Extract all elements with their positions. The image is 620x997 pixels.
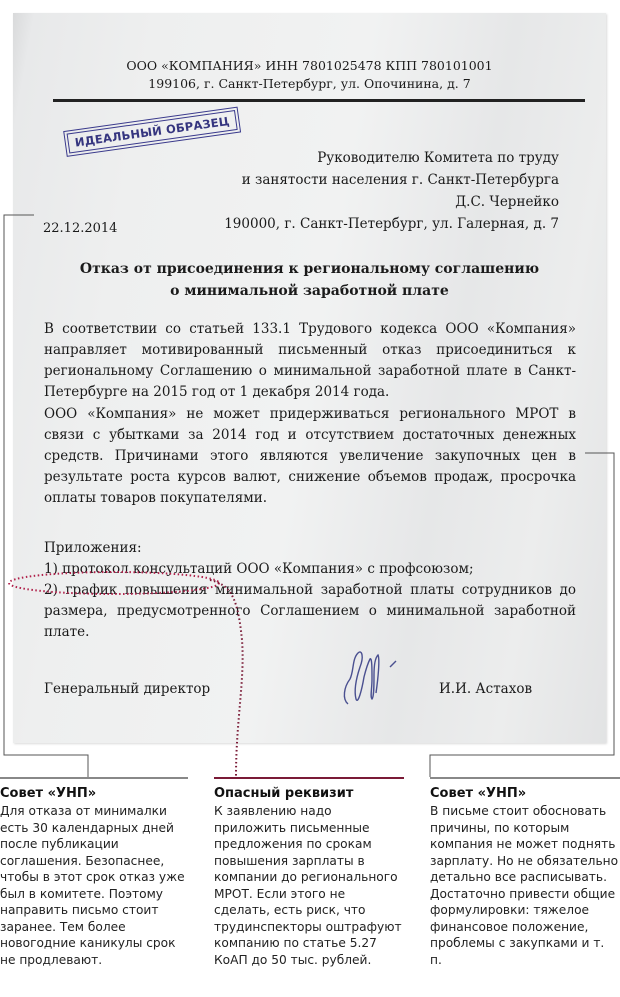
- stamp-text: ИДЕАЛЬНЫЙ ОБРАЗЕЦ: [67, 110, 238, 153]
- callout-text: К заявлению надо приложить письменные пр…: [214, 803, 404, 968]
- callout-dangerous-requisite: Опасный реквизит К заявлению надо прилож…: [214, 777, 404, 968]
- addressee-name: Д.С. Чернейко: [224, 191, 559, 213]
- callout-heading: Опасный реквизит: [214, 785, 404, 802]
- document-title: Отказ от присоединения к региональному с…: [13, 258, 606, 302]
- attachment-item: 1) протокол консультаций ООО «Компания» …: [44, 559, 576, 580]
- attachments-heading: Приложения:: [44, 538, 576, 559]
- attachment-item: 2) график повышения минимальной заработн…: [44, 580, 576, 643]
- letterhead: ООО «КОМПАНИЯ» ИНН 7801025478 КПП 780101…: [13, 57, 606, 93]
- callout-text: Для отказа от минималки есть 30 календар…: [0, 803, 188, 968]
- title-line: о минимальной заработной плате: [13, 280, 606, 302]
- callout-divider: [0, 777, 188, 779]
- letterhead-address: 199106, г. Санкт-Петербург, ул. Опочинин…: [13, 75, 606, 93]
- letterhead-divider: [53, 99, 585, 102]
- addressee-address: 190000, г. Санкт-Петербург, ул. Галерная…: [224, 213, 559, 235]
- callout-divider: [430, 777, 620, 779]
- attachments-list: Приложения: 1) протокол консультаций ООО…: [44, 538, 576, 643]
- addressee-line: Руководителю Комитета по труду: [224, 147, 559, 169]
- letter-page: ООО «КОМПАНИЯ» ИНН 7801025478 КПП 780101…: [13, 13, 606, 743]
- callout-tip-reasons: Совет «УНП» В письме стоит обосновать пр…: [430, 777, 620, 968]
- callout-divider: [214, 777, 404, 779]
- addressee-line: и занятости населения г. Санкт-Петербург…: [224, 169, 559, 191]
- callout-heading: Совет «УНП»: [430, 785, 620, 802]
- callout-tip-deadline: Совет «УНП» Для отказа от минималки есть…: [0, 777, 188, 968]
- letterhead-company: ООО «КОМПАНИЯ» ИНН 7801025478 КПП 780101…: [13, 57, 606, 75]
- signer-name: И.И. Астахов: [439, 681, 532, 697]
- callout-heading: Совет «УНП»: [0, 785, 188, 802]
- body-paragraph: В соответствии со статьей 133.1 Трудовог…: [44, 319, 576, 403]
- document-date: 22.12.2014: [43, 221, 117, 236]
- signer-position: Генеральный директор: [44, 681, 210, 697]
- body-paragraph: ООО «Компания» не может придерживаться р…: [44, 404, 576, 509]
- sample-stamp: ИДЕАЛЬНЫЙ ОБРАЗЕЦ: [63, 107, 241, 157]
- callout-text: В письме стоит обосновать причины, по ко…: [430, 803, 620, 968]
- addressee-block: Руководителю Комитета по труду и занятос…: [224, 147, 559, 235]
- handwritten-signature-icon: [334, 649, 404, 709]
- title-line: Отказ от присоединения к региональному с…: [13, 258, 606, 280]
